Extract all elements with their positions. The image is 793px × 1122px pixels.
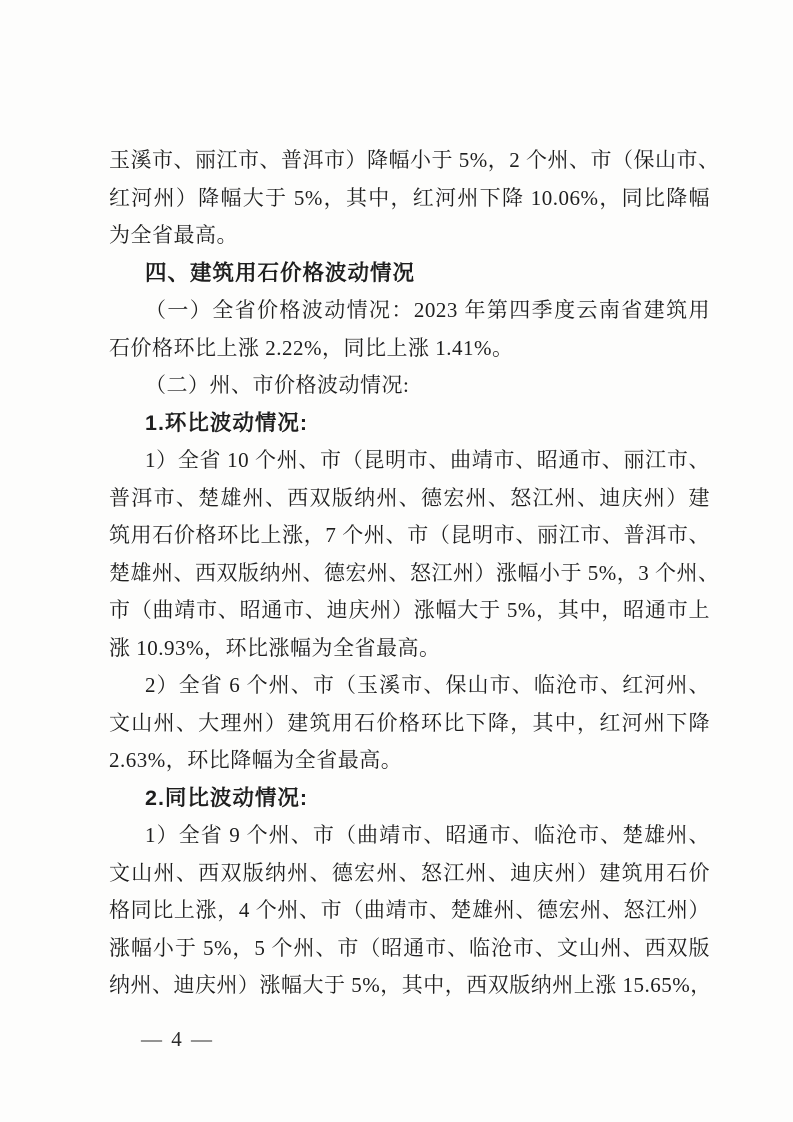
text-line: 普洱市、楚雄州、西双版纳州、德宏州、怒江州、迪庆州）建 [109, 480, 710, 518]
text-line: 为全省最高。 [109, 217, 710, 255]
text-line: 纳州、迪庆州）涨幅大于 5%，其中，西双版纳州上涨 15.65%， [109, 967, 710, 1005]
paragraph-yoy-increase: 1）全省 9 个州、市（曲靖市、昭通市、临沧市、楚雄州、文山州、西双版纳州、德宏… [109, 817, 710, 1005]
text-line: 涨幅小于 5%，5 个州、市（昭通市、临沧市、文山州、西双版 [109, 930, 710, 968]
text-line: 1.环比波动情况: [109, 405, 710, 443]
subheading-mom-fluctuation: 1.环比波动情况: [109, 405, 710, 443]
text-line: 四、建筑用石价格波动情况 [109, 255, 710, 293]
text-line: 2.63%，环比降幅为全省最高。 [109, 742, 710, 780]
section-heading-four: 四、建筑用石价格波动情况 [109, 255, 710, 293]
paragraph-yoy-decrease-continuation: 玉溪市、丽江市、普洱市）降幅小于 5%，2 个州、市（保山市、红河州）降幅大于 … [109, 142, 710, 255]
text-line: 格同比上涨，4 个州、市（曲靖市、楚雄州、德宏州、怒江州） [109, 892, 710, 930]
text-line: 筑用石价格环比上涨，7 个州、市（昆明市、丽江市、普洱市、 [109, 517, 710, 555]
text-line: 红河州）降幅大于 5%，其中，红河州下降 10.06%，同比降幅 [109, 180, 710, 218]
text-line: 楚雄州、西双版纳州、德宏州、怒江州）涨幅小于 5%，3 个州、 [109, 555, 710, 593]
subheading-yoy-fluctuation: 2.同比波动情况: [109, 780, 710, 818]
text-line: 文山州、大理州）建筑用石价格环比下降，其中，红河州下降 [109, 705, 710, 743]
text-line: 市（曲靖市、昭通市、迪庆州）涨幅大于 5%，其中，昭通市上 [109, 592, 710, 630]
document-page: 玉溪市、丽江市、普洱市）降幅小于 5%，2 个州、市（保山市、红河州）降幅大于 … [0, 0, 793, 1122]
paragraph-mom-increase: 1）全省 10 个州、市（昆明市、曲靖市、昭通市、丽江市、普洱市、楚雄州、西双版… [109, 442, 710, 667]
text-line: （二）州、市价格波动情况: [109, 367, 710, 405]
text-line: 1）全省 10 个州、市（昆明市、曲靖市、昭通市、丽江市、 [109, 442, 710, 480]
text-line: 1）全省 9 个州、市（曲靖市、昭通市、临沧市、楚雄州、 [109, 817, 710, 855]
text-line: 涨 10.93%，环比涨幅为全省最高。 [109, 630, 710, 668]
paragraph-prefecture-fluctuation-intro: （二）州、市价格波动情况: [109, 367, 710, 405]
text-line: 石价格环比上涨 2.22%，同比上涨 1.41%。 [109, 330, 710, 368]
text-line: 玉溪市、丽江市、普洱市）降幅小于 5%，2 个州、市（保山市、 [109, 142, 710, 180]
paragraph-province-fluctuation: （一）全省价格波动情况：2023 年第四季度云南省建筑用石价格环比上涨 2.22… [109, 292, 710, 367]
document-body: 玉溪市、丽江市、普洱市）降幅小于 5%，2 个州、市（保山市、红河州）降幅大于 … [109, 142, 710, 1005]
text-line: 文山州、西双版纳州、德宏州、怒江州、迪庆州）建筑用石价 [109, 855, 710, 893]
text-line: （一）全省价格波动情况：2023 年第四季度云南省建筑用 [109, 292, 710, 330]
text-line: 2.同比波动情况: [109, 780, 710, 818]
page-number: — 4 — [141, 1024, 214, 1054]
paragraph-mom-decrease: 2）全省 6 个州、市（玉溪市、保山市、临沧市、红河州、文山州、大理州）建筑用石… [109, 667, 710, 780]
text-line: 2）全省 6 个州、市（玉溪市、保山市、临沧市、红河州、 [109, 667, 710, 705]
